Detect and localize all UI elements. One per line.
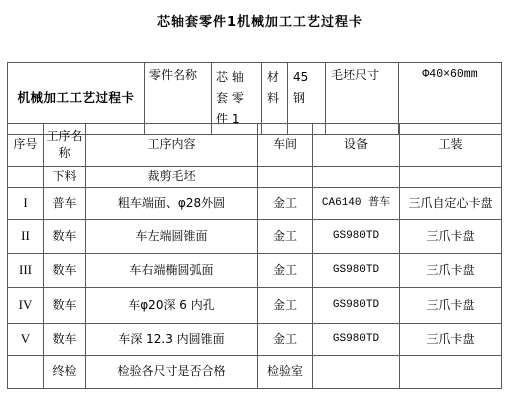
table-row: I 普车 粗车端面、φ28外圆 金工 CA6140 普车 三爪自定心卡盘 [8,188,502,220]
cell-equipment [313,356,400,389]
cell-step-name: 终检 [44,356,86,389]
cell-content: 车φ20深 6 内孔 [86,288,258,324]
cell-equipment [313,167,400,188]
cell-seq: II [8,220,44,254]
cell-tooling: 三爪卡盘 [400,254,502,288]
cell-workshop [258,167,313,188]
cell-seq: I [8,188,44,220]
cell-tooling [400,356,502,389]
process-table-header-row: 序号 工序名称 工序内容 车间 设备 工装 [8,124,502,167]
column-header-workshop: 车间 [258,124,313,167]
table-row: III 数车 车右端椭圆弧面 金工 GS980TD 三爪卡盘 [8,254,502,288]
cell-workshop: 金工 [258,220,313,254]
cell-content: 检验各尺寸是否合格 [86,356,258,389]
column-header-step-name: 工序名称 [44,124,86,167]
cell-content: 车深 12.3 内圆锥面 [86,324,258,356]
column-header-tooling: 工装 [400,124,502,167]
column-header-equipment: 设备 [313,124,400,167]
cell-seq [8,356,44,389]
cell-tooling: 三爪卡盘 [400,324,502,356]
cell-equipment: GS980TD [313,220,400,254]
cell-workshop: 检验室 [258,356,313,389]
cell-step-name: 数车 [44,254,86,288]
column-header-content: 工序内容 [86,124,258,167]
cell-seq: IV [8,288,44,324]
cell-content: 车右端椭圆弧面 [86,254,258,288]
process-card-page: 芯轴套零件1机械加工工艺过程卡 机械加工工艺过程卡 零件名称 芯 轴 套 零 件… [0,0,520,416]
cell-step-name: 数车 [44,324,86,356]
cell-equipment: GS980TD [313,254,400,288]
cell-tooling: 三爪自定心卡盘 [400,188,502,220]
cell-workshop: 金工 [258,254,313,288]
cell-seq: III [8,254,44,288]
cell-step-name: 下料 [44,167,86,188]
cell-workshop: 金工 [258,288,313,324]
cell-workshop: 金工 [258,324,313,356]
cell-equipment: CA6140 普车 [313,188,400,220]
cell-equipment: GS980TD [313,288,400,324]
cell-tooling [400,167,502,188]
process-table: 序号 工序名称 工序内容 车间 设备 工装 下料 裁剪毛坯 I 普车 粗车端面、… [7,123,502,389]
table-row: II 数车 车左端圆锥面 金工 GS980TD 三爪卡盘 [8,220,502,254]
cell-workshop: 金工 [258,188,313,220]
table-row: V 数车 车深 12.3 内圆锥面 金工 GS980TD 三爪卡盘 [8,324,502,356]
cell-step-name: 数车 [44,288,86,324]
column-header-seq: 序号 [8,124,44,167]
page-title: 芯轴套零件1机械加工工艺过程卡 [0,11,520,30]
cell-content: 车左端圆锥面 [86,220,258,254]
cell-content: 粗车端面、φ28外圆 [86,188,258,220]
cell-tooling: 三爪卡盘 [400,288,502,324]
table-row: IV 数车 车φ20深 6 内孔 金工 GS980TD 三爪卡盘 [8,288,502,324]
cell-content: 裁剪毛坯 [86,167,258,188]
table-row: 终检 检验各尺寸是否合格 检验室 [8,356,502,389]
cell-tooling: 三爪卡盘 [400,220,502,254]
cell-equipment: GS980TD [313,324,400,356]
cell-step-name: 数车 [44,220,86,254]
cell-step-name: 普车 [44,188,86,220]
cell-seq: V [8,324,44,356]
table-row: 下料 裁剪毛坯 [8,167,502,188]
cell-seq [8,167,44,188]
